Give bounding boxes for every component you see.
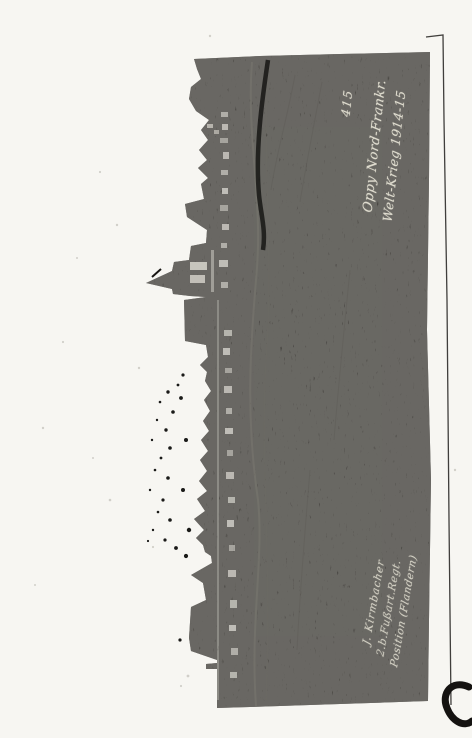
tree-speckles — [147, 373, 191, 641]
ink-c-mark — [445, 685, 472, 724]
scanned-album-page: 415 Oppy Nord-Frankr. Welt-Krieg 1914-15… — [0, 0, 472, 738]
photo-silhouette — [130, 35, 445, 725]
grain-texture — [130, 35, 445, 725]
church-spire-finial — [152, 269, 161, 277]
page-edge-line — [426, 35, 451, 705]
photo-illustration — [0, 0, 472, 738]
